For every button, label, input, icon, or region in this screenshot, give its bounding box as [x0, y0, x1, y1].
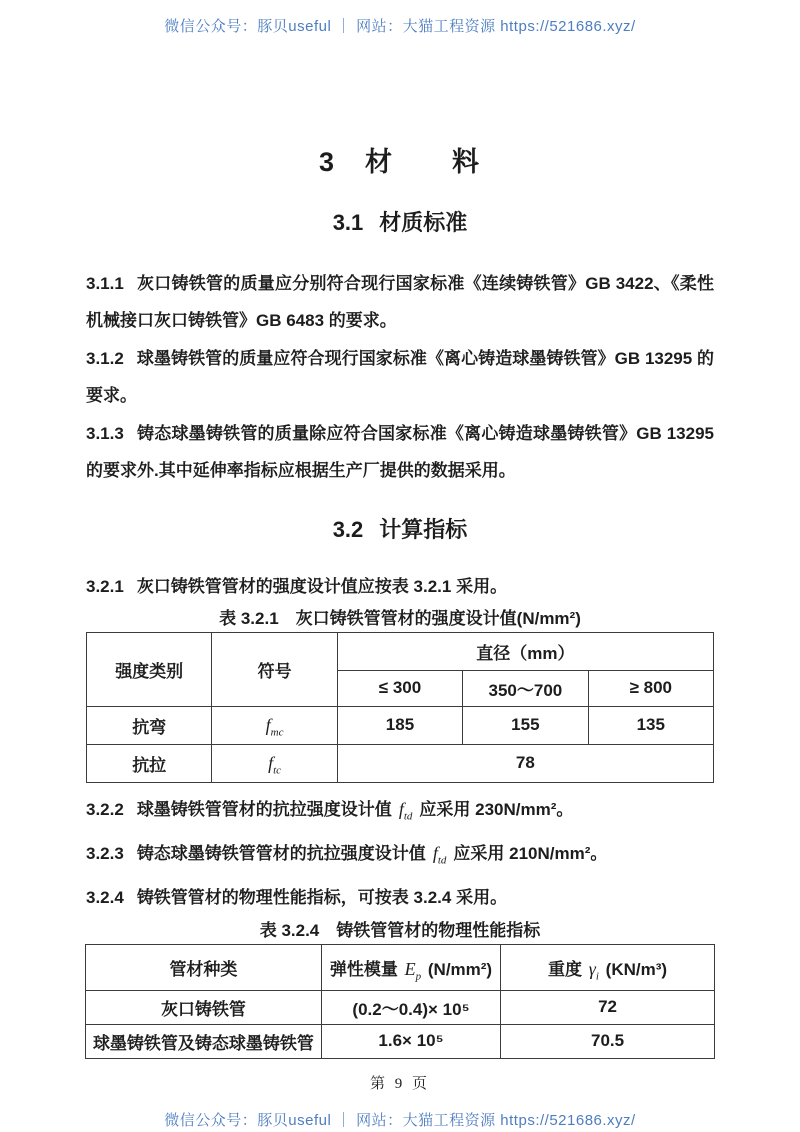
- header-strength-category: 强度类别: [87, 632, 212, 706]
- modulus-label: 弹性模量: [330, 960, 398, 979]
- clause-text: 灰口铸铁管的质量应分别符合现行国家标准《连续铸铁管》GB 3422、《柔性机械接…: [86, 274, 714, 330]
- table-3-2-4-caption: 表 3.2.4 铸铁管管材的物理性能指标: [0, 919, 800, 943]
- cell-weight: 72: [501, 990, 715, 1024]
- header-diameter-range-2: 350～700: [463, 670, 588, 706]
- clause-text-after: 应采用 210N/mm²。: [453, 844, 607, 863]
- table-header-row: 管材种类 弹性模量 Ep (N/mm²) 重度 γi (KN/m³): [86, 944, 715, 990]
- symbol-subscript: mc: [271, 726, 284, 738]
- clause-number: 3.1.2: [86, 349, 124, 368]
- symbol-subscript: i: [596, 971, 599, 983]
- table-row-bending: 抗弯 fmc 185 155 135: [87, 706, 714, 744]
- paragraph-3-1-3: 3.1.3铸态球墨铸铁管的质量除应符合国家标准《离心铸造球墨铸铁管》GB 132…: [86, 415, 714, 490]
- symbol-subscript: p: [416, 971, 422, 983]
- header-diameter-group: 直径（mm）: [337, 632, 713, 670]
- header-diameter-range-1: ≤ 300: [337, 670, 462, 706]
- cell-category: 抗拉: [87, 744, 212, 782]
- section-heading-3-1: 3.1材质标准: [0, 206, 800, 237]
- symbol-base: E: [405, 959, 416, 979]
- table-row-tension: 抗拉 ftc 78: [87, 744, 714, 782]
- section-number: 3.1: [333, 210, 364, 235]
- chapter-title: 3 材 料: [0, 140, 800, 179]
- paragraph-3-1-1: 3.1.1灰口铸铁管的质量应分别符合现行国家标准《连续铸铁管》GB 3422、《…: [86, 265, 714, 340]
- header-unit-weight: 重度 γi (KN/m³): [501, 944, 715, 990]
- header-elastic-modulus: 弹性模量 Ep (N/mm²): [321, 944, 500, 990]
- clause-text: 铸铁管管材的物理性能指标，可按表 3.2.4 采用。: [137, 888, 507, 907]
- cell-pipe-type: 球墨铸铁管及铸态球墨铸铁管: [86, 1024, 322, 1058]
- cell-modulus: 1.6× 10⁵: [321, 1024, 500, 1058]
- cell-symbol: ftc: [212, 744, 337, 782]
- clause-number: 3.2.2: [86, 800, 124, 819]
- paragraph-3-2-3: 3.2.3铸态球墨铸铁管管材的抗拉强度设计值ftd应采用 210N/mm²。: [86, 834, 714, 874]
- page-content-3: 3.2.2球墨铸铁管管材的抗拉强度设计值ftd应采用 230N/mm²。 3.2…: [0, 790, 800, 917]
- symbol-subscript: tc: [273, 764, 281, 776]
- modulus-unit: (N/mm²): [428, 960, 492, 979]
- cell-category: 抗弯: [87, 706, 212, 744]
- clause-text: 灰口铸铁管管材的强度设计值应按表 3.2.1 采用。: [137, 577, 507, 596]
- page-number: 第 9 页: [0, 1072, 800, 1093]
- paragraph-3-1-2: 3.1.2球墨铸铁管的质量应符合现行国家标准《离心铸造球墨铸铁管》GB 1329…: [86, 340, 714, 415]
- table-3-2-4: 管材种类 弹性模量 Ep (N/mm²) 重度 γi (KN/m³) 灰口铸铁管…: [85, 944, 715, 1059]
- cell-value: 185: [337, 706, 462, 744]
- footer-watermark: 微信公众号：豚贝useful ｜ 网站：大猫工程资源 https://52168…: [0, 1109, 800, 1130]
- clause-number: 3.1.1: [86, 274, 124, 293]
- weight-unit: (KN/m³): [606, 960, 667, 979]
- table-header-row: 强度类别 符号 直径（mm）: [87, 632, 714, 670]
- cell-value: 135: [588, 706, 713, 744]
- symbol-ftd: ftd: [433, 843, 447, 863]
- table-3-2-1: 强度类别 符号 直径（mm） ≤ 300 350～700 ≥ 800 抗弯 fm…: [86, 632, 714, 783]
- header-symbol: 符号: [212, 632, 337, 706]
- cell-value: 155: [463, 706, 588, 744]
- header-pipe-type: 管材种类: [86, 944, 322, 990]
- cell-weight: 70.5: [501, 1024, 715, 1058]
- cell-value-merged: 78: [337, 744, 713, 782]
- symbol-fmc: fmc: [266, 715, 284, 735]
- page-content-2: 3.2.1灰口铸铁管管材的强度设计值应按表 3.2.1 采用。: [0, 568, 800, 605]
- clause-text-after: 应采用 230N/mm²。: [419, 800, 573, 819]
- clause-number: 3.2.1: [86, 577, 124, 596]
- clause-number: 3.2.3: [86, 844, 124, 863]
- clause-text: 球墨铸铁管管材的抗拉强度设计值: [137, 800, 392, 819]
- header-watermark: 微信公众号：豚贝useful ｜ 网站：大猫工程资源 https://52168…: [0, 0, 800, 36]
- cell-modulus: (0.2～0.4)× 10⁵: [321, 990, 500, 1024]
- table-row-ductile-iron: 球墨铸铁管及铸态球墨铸铁管 1.6× 10⁵ 70.5: [86, 1024, 715, 1058]
- page-content: 3.1.1灰口铸铁管的质量应分别符合现行国家标准《连续铸铁管》GB 3422、《…: [0, 265, 800, 489]
- table-3-2-1-caption: 表 3.2.1 灰口铸铁管管材的强度设计值(N/mm²): [0, 607, 800, 631]
- paragraph-3-2-2: 3.2.2球墨铸铁管管材的抗拉强度设计值ftd应采用 230N/mm²。: [86, 790, 714, 830]
- weight-label: 重度: [548, 960, 582, 979]
- symbol-subscript: td: [438, 855, 447, 867]
- table-row-grey-iron: 灰口铸铁管 (0.2～0.4)× 10⁵ 72: [86, 990, 715, 1024]
- cell-symbol: fmc: [212, 706, 337, 744]
- clause-text: 球墨铸铁管的质量应符合现行国家标准《离心铸造球墨铸铁管》GB 13295 的要求…: [86, 349, 714, 405]
- symbol-ftd: ftd: [399, 799, 413, 819]
- clause-number: 3.2.4: [86, 888, 124, 907]
- symbol-ftc: ftc: [268, 753, 281, 773]
- symbol-gamma: γi: [589, 959, 599, 979]
- section-heading-3-2: 3.2计算指标: [0, 513, 800, 544]
- paragraph-3-2-1: 3.2.1灰口铸铁管管材的强度设计值应按表 3.2.1 采用。: [86, 568, 714, 605]
- document-page: 微信公众号：豚贝useful ｜ 网站：大猫工程资源 https://52168…: [0, 0, 800, 1132]
- paragraph-3-2-4: 3.2.4铸铁管管材的物理性能指标，可按表 3.2.4 采用。: [86, 879, 714, 916]
- clause-text: 铸态球墨铸铁管管材的抗拉强度设计值: [137, 844, 426, 863]
- section-number: 3.2: [333, 517, 364, 542]
- header-diameter-range-3: ≥ 800: [588, 670, 713, 706]
- symbol-subscript: td: [404, 810, 413, 822]
- cell-pipe-type: 灰口铸铁管: [86, 990, 322, 1024]
- section-title: 计算指标: [379, 517, 467, 542]
- section-title: 材质标准: [379, 210, 467, 235]
- symbol-ep: Ep: [405, 959, 422, 979]
- symbol-base: γ: [589, 959, 596, 979]
- clause-number: 3.1.3: [86, 424, 124, 443]
- clause-text: 铸态球墨铸铁管的质量除应符合国家标准《离心铸造球墨铸铁管》GB 13295 的要…: [86, 424, 714, 480]
